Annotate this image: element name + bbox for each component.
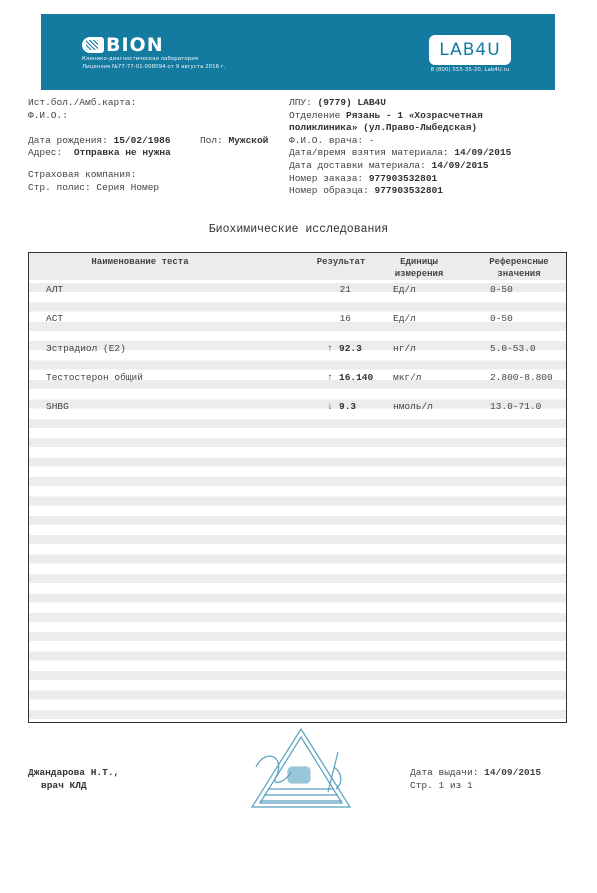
lpu-line: ЛПУ: (9779) LAB4U	[289, 97, 511, 110]
doctor-label: Ф.И.О. врача:	[289, 135, 363, 146]
order-no-value: 977903532801	[369, 173, 437, 184]
test-result: 9.3	[339, 400, 356, 414]
table-row: АСТ16Ед/л0-50	[29, 312, 566, 326]
test-reference: 2.800-8.800	[490, 371, 553, 385]
test-units: Ед/л	[393, 312, 416, 326]
policy-label: Стр. полис: Серия Номер	[28, 182, 268, 195]
test-name: SHBG	[46, 400, 69, 414]
col-result-header: Результат	[311, 256, 371, 268]
test-result: 16.140	[339, 371, 373, 385]
issue-value: 14/09/2015	[484, 767, 541, 778]
lab4u-logo: LAB4U	[429, 35, 511, 65]
doctor-signature: Джандарова Н.Т., врач КЛД	[28, 766, 119, 792]
test-reference: 5.0-53.0	[490, 342, 536, 356]
bion-logo-icon	[82, 37, 104, 53]
dept-value: Рязань - 1 «Хозрасчетная	[346, 110, 483, 121]
col-units-header-line: измерения	[384, 268, 454, 280]
flag-icon: ↑	[325, 342, 335, 356]
sex-label: Пол:	[200, 135, 223, 146]
test-reference: 13.0-71.0	[490, 400, 541, 414]
doctor-line: Ф.И.О. врача: -	[289, 135, 511, 148]
col-ref-header-line: значения	[479, 268, 559, 280]
fio-label: Ф.И.О.:	[28, 110, 268, 123]
test-reference: 0-50	[490, 312, 513, 326]
taken-line: Дата/время взятия материала: 14/09/2015	[289, 147, 511, 160]
sex-value: Мужской	[228, 135, 268, 146]
col-ref-header: Референсные значения	[479, 256, 559, 280]
test-units: нг/л	[393, 342, 416, 356]
order-no-line: Номер заказа: 977903532801	[289, 173, 511, 186]
flag-icon: ↓	[325, 400, 335, 414]
col-name-header: Наименование теста	[29, 256, 251, 268]
sample-no-value: 977903532801	[375, 185, 443, 196]
lpu-label: ЛПУ:	[289, 97, 312, 108]
issue-line: Дата выдачи: 14/09/2015	[410, 766, 541, 779]
issue-info: Дата выдачи: 14/09/2015 Стр. 1 из 1	[410, 766, 541, 792]
test-units: Ед/л	[393, 283, 416, 297]
delivered-line: Дата доставки материала: 14/09/2015	[289, 160, 511, 173]
test-result: 21	[339, 283, 351, 297]
test-units: нмоль/л	[393, 400, 433, 414]
lab-stamp-icon	[246, 727, 356, 811]
address-value: Отправка не нужна	[74, 147, 171, 158]
patient-info: Ист.бол./Амб.карта: Ф.И.О.: Дата рождени…	[28, 97, 268, 194]
table-row: АЛТ21Ед/л0-50	[29, 283, 566, 297]
taken-value: 14/09/2015	[454, 147, 511, 158]
test-name: АСТ	[46, 312, 63, 326]
bion-subtitle-line: Лицензия №77-77-01-008094 от 9 августа 2…	[82, 64, 225, 72]
table-header: Наименование теста Результат Единицы изм…	[29, 253, 566, 280]
test-reference: 0-50	[490, 283, 513, 297]
insurance-label: Страховая компания:	[28, 169, 268, 182]
bion-subtitle: Клинико-диагностическая лаборатория Лице…	[82, 56, 225, 71]
col-units-header-line: Единицы	[384, 256, 454, 268]
test-name: АЛТ	[46, 283, 63, 297]
bion-wordmark: BION	[106, 36, 164, 54]
dob-label: Дата рождения:	[28, 135, 108, 146]
sample-no-label: Номер образца:	[289, 185, 369, 196]
dob-line: Дата рождения: 15/02/1986 Пол: Мужской	[28, 135, 268, 148]
delivered-label: Дата доставки материала:	[289, 160, 426, 171]
table-row: SHBG↓9.3нмоль/л13.0-71.0	[29, 400, 566, 414]
bion-logo: BION	[82, 36, 164, 54]
test-name: Эстрадиол (E2)	[46, 342, 126, 356]
page-number: Стр. 1 из 1	[410, 779, 541, 792]
address-label: Адрес:	[28, 147, 62, 158]
address-row: Адрес: Отправка не нужна	[28, 147, 268, 160]
lab4u-contact: 8 (800) 555-35-20, Lab4U.ru	[429, 67, 511, 73]
flag-icon: ↑	[325, 371, 335, 385]
delivered-value: 14/09/2015	[432, 160, 489, 171]
section-title: Биохимические исследования	[0, 223, 597, 236]
test-result: 16	[339, 312, 351, 326]
sample-no-line: Номер образца: 977903532801	[289, 185, 511, 198]
table-row: Эстрадиол (E2)↑92.3нг/л5.0-53.0	[29, 342, 566, 356]
doctor-value: -	[369, 135, 375, 146]
results-table: Наименование теста Результат Единицы изм…	[28, 252, 567, 723]
table-row: Тестостерон общий↑16.140мкг/л2.800-8.800	[29, 371, 566, 385]
col-ref-header-line: Референсные	[479, 256, 559, 268]
order-no-label: Номер заказа:	[289, 173, 363, 184]
dept-line: Отделение Рязань - 1 «Хозрасчетная	[289, 110, 511, 123]
col-units-header: Единицы измерения	[384, 256, 454, 280]
issue-label: Дата выдачи:	[410, 767, 478, 778]
doctor-role: врач КЛД	[28, 779, 119, 792]
test-units: мкг/л	[393, 371, 422, 385]
header-banner: BION Клинико-диагностическая лаборатория…	[41, 14, 555, 90]
taken-label: Дата/время взятия материала:	[289, 147, 449, 158]
dob-value: 15/02/1986	[114, 135, 171, 146]
dept-label: Отделение	[289, 110, 340, 121]
test-name: Тестостерон общий	[46, 371, 143, 385]
test-result: 92.3	[339, 342, 362, 356]
order-info: ЛПУ: (9779) LAB4U Отделение Рязань - 1 «…	[289, 97, 511, 198]
dept-value-cont: поликлиника» (ул.Право-Лыбедская)	[289, 122, 477, 133]
card-label: Ист.бол./Амб.карта:	[28, 97, 268, 110]
bion-subtitle-line: Клинико-диагностическая лаборатория	[82, 56, 225, 64]
doctor-name: Джандарова Н.Т.,	[28, 766, 119, 779]
lpu-value: (9779) LAB4U	[318, 97, 386, 108]
